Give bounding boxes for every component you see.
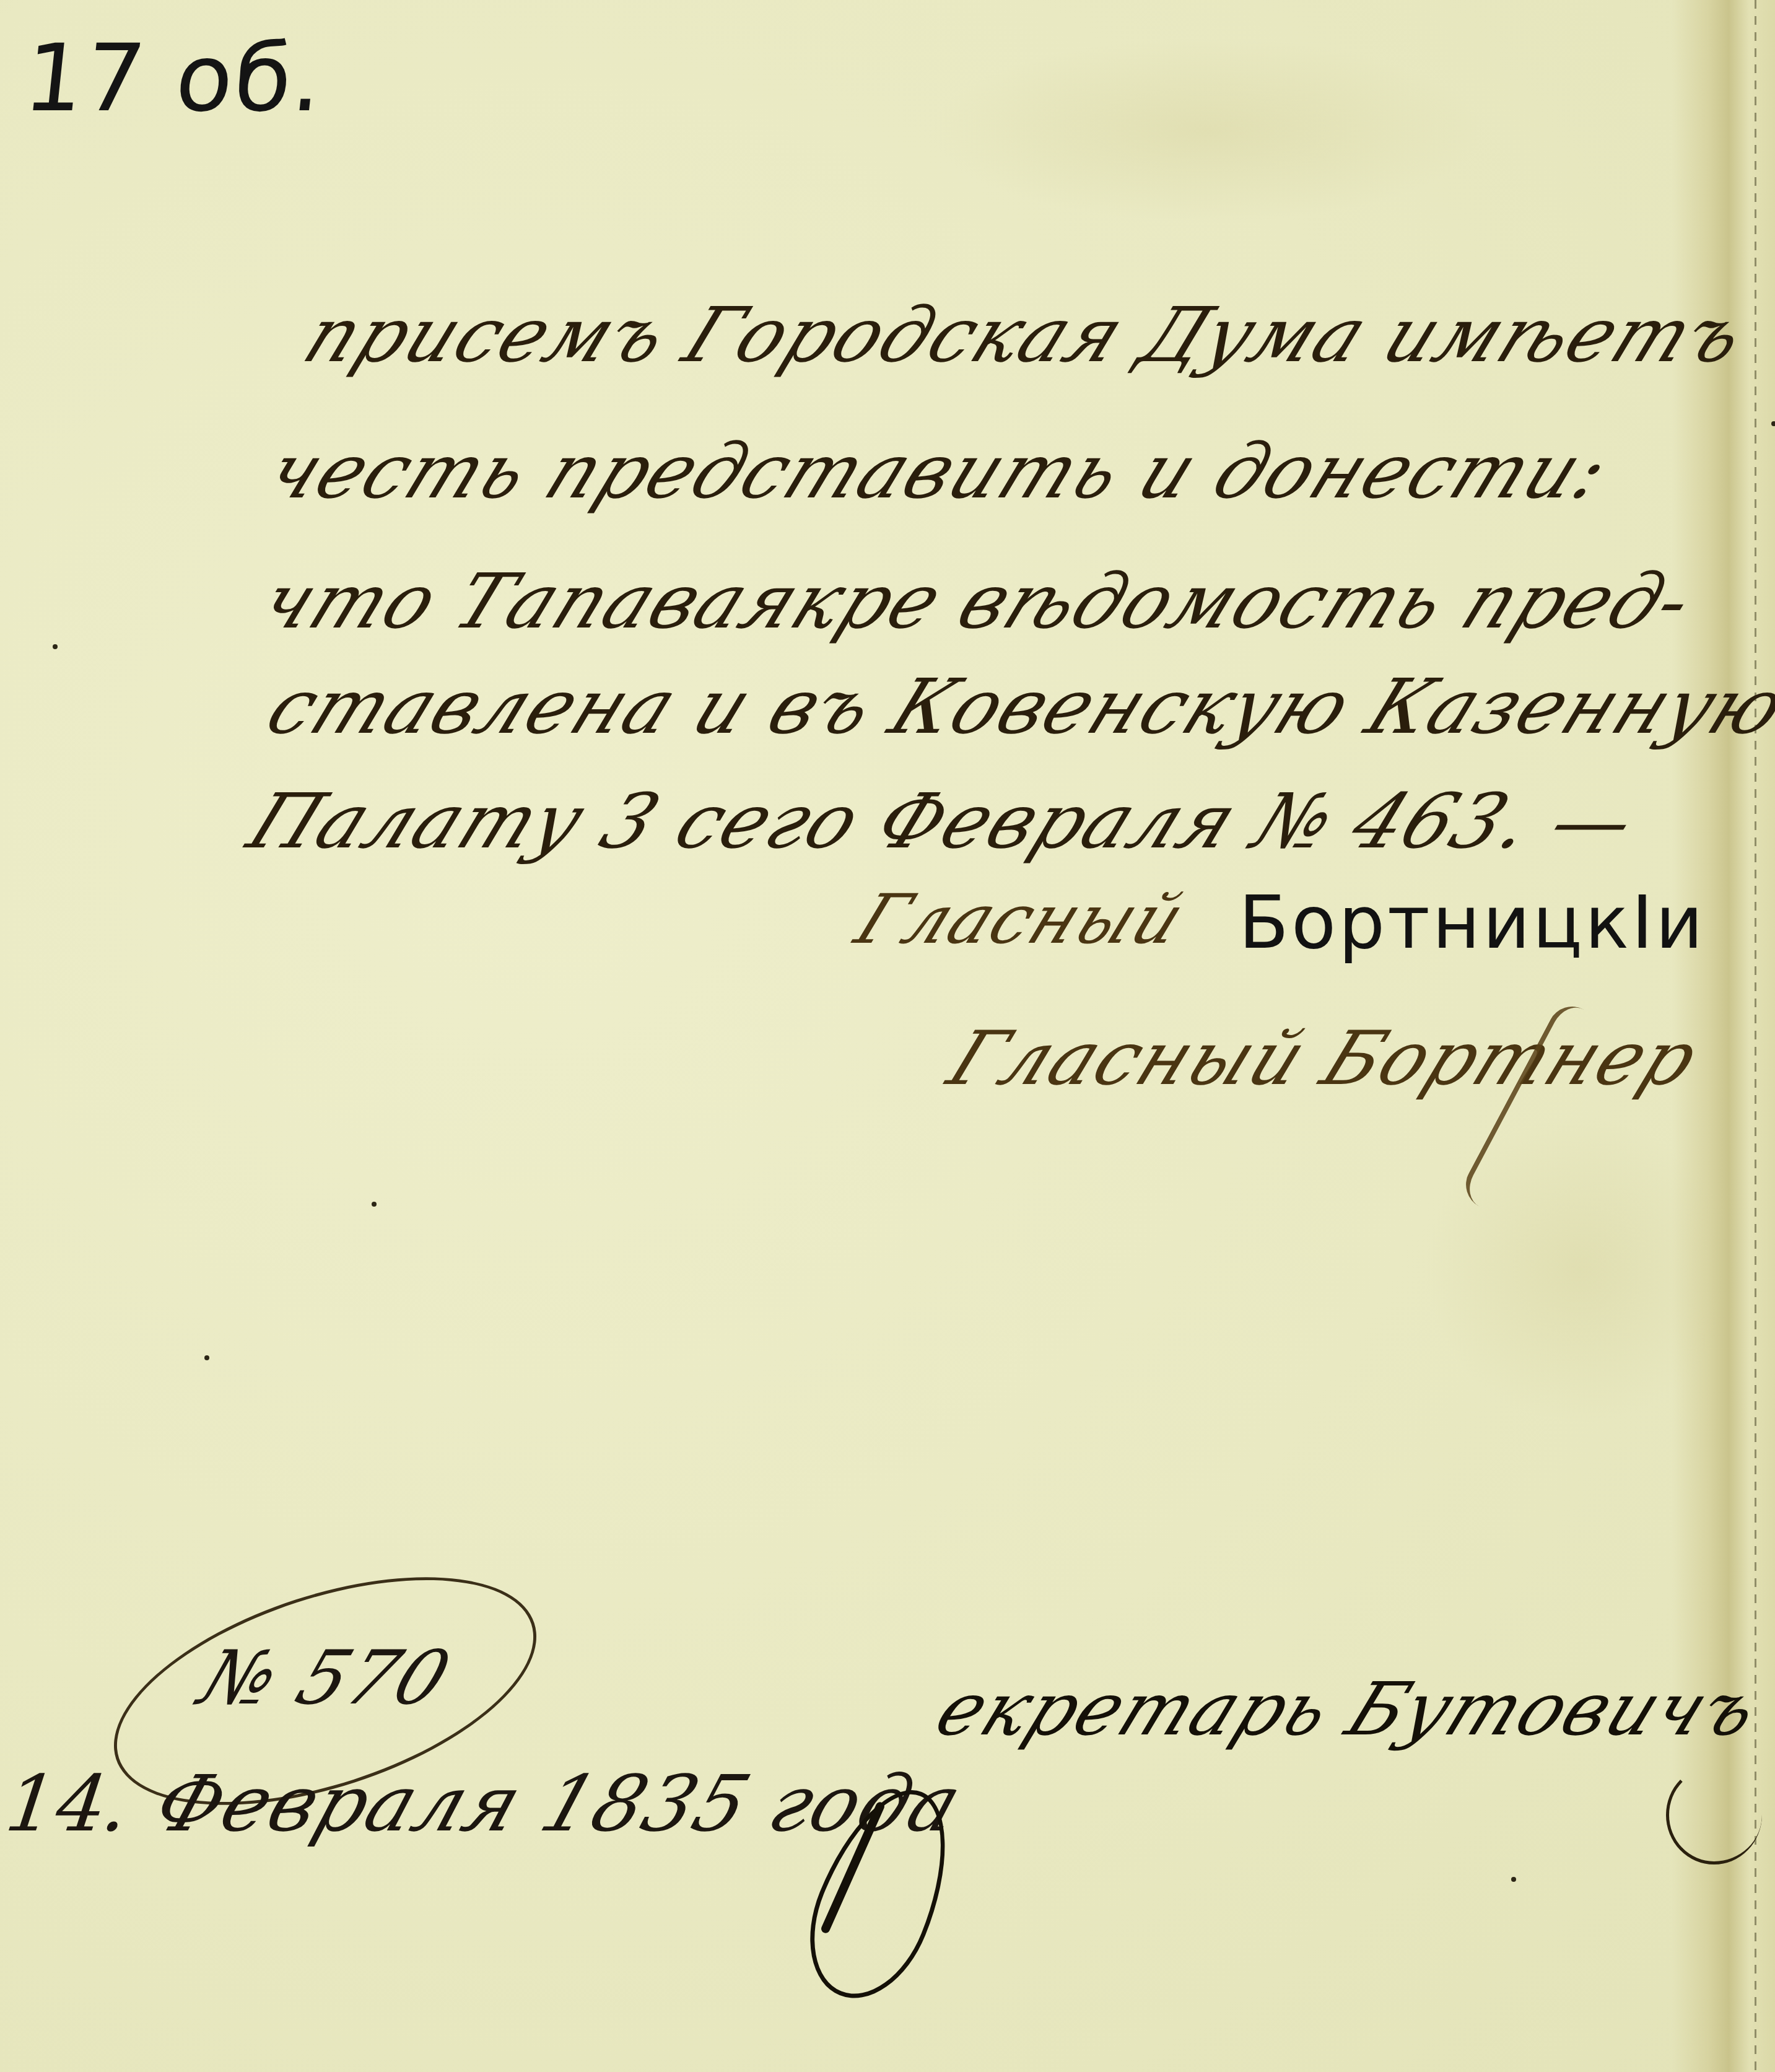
body-line-5: Палату 3 сего Февраля № 463. — [236, 777, 1649, 865]
folio-mark: 17 об. [19, 25, 329, 133]
ink-speck [372, 1202, 377, 1207]
body-line-2: честь представить и донести: [255, 427, 1622, 515]
ink-speck [1511, 1877, 1516, 1882]
registry-date-rest: Февраля 1835 года [144, 1759, 973, 1849]
body-line-3: что Тапаваякре вѣдомость пред- [248, 557, 1706, 645]
registry-date: 14. Февраля 1835 года [0, 1759, 973, 1849]
ink-speck [1771, 421, 1775, 426]
body-line-1: присемъ Городская Дума имѣетъ [292, 291, 1758, 379]
ink-speck [53, 644, 58, 649]
registry-number: № 570 [189, 1635, 462, 1721]
signature-name-print: БортницкІи [1239, 880, 1706, 965]
registry-date-day: 14. [0, 1759, 147, 1849]
binding-edge [1755, 0, 1756, 2072]
secretary-signature: екретарь Бутовичъ [924, 1666, 1773, 1752]
signature-title-cursive: Гласный [845, 880, 1197, 959]
secretary-flourish-icon [1666, 1765, 1762, 1864]
ink-speck [204, 1355, 209, 1360]
paper-stain [929, 37, 1486, 223]
body-line-4: ставлена и въ Ковенскую Казенную [255, 663, 1775, 751]
